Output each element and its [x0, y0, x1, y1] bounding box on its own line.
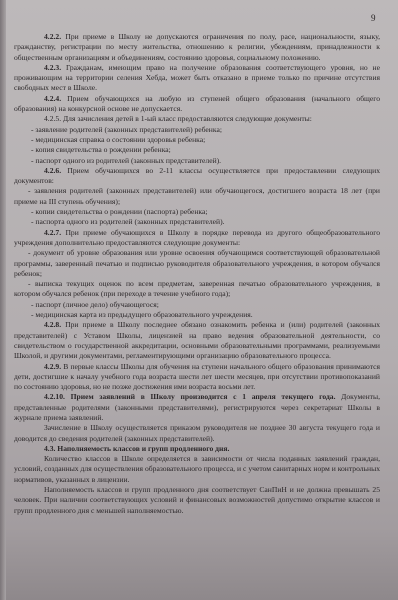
paragraph-class-count: Количество классов в Школе определяется … — [14, 454, 380, 485]
list-item: - паспорт (личное дело) обучающегося; — [14, 300, 380, 310]
paragraph-4-2-5: 4.2.5. Для зачисления детей в 1-ый класс… — [14, 114, 380, 124]
paragraph-4-2-9: 4.2.9. В первые классы Школы для обучени… — [14, 362, 380, 393]
list-item: - копия свидетельства о рождении ребенка… — [14, 145, 380, 155]
paragraph-4-2-3: 4.2.3. Гражданам, имеющим право на получ… — [14, 63, 380, 94]
paragraph-class-size: Наполняемость классов и групп продленног… — [14, 485, 380, 516]
page-number: 9 — [371, 13, 376, 23]
list-item: - медицинская карта из предыдущего образ… — [14, 310, 380, 320]
list-item: - заявление родителей (законных представ… — [14, 125, 380, 135]
paragraph-enrollment: Зачисление в Школу осуществляется приказ… — [14, 423, 380, 444]
section-heading-4-3: 4.3. Наполняемость классов и групп продл… — [14, 444, 380, 454]
paragraph-4-2-10: 4.2.10. Прием заявлений в Школу производ… — [14, 392, 380, 423]
list-item: - копии свидетельства о рождении (паспор… — [14, 207, 380, 217]
list-item: - паспорта одного из родителей (законных… — [14, 217, 380, 227]
list-item: - выписка текущих оценок по всем предмет… — [14, 279, 380, 300]
list-item: - медицинская справка о состоянии здоров… — [14, 135, 380, 145]
paragraph-4-2-4: 4.2.4. Прием обучающихся на любую из сту… — [14, 94, 380, 115]
list-item: - документ об уровне образования или уро… — [14, 248, 380, 279]
list-item: - паспорт одного из родителей (законных … — [14, 156, 380, 166]
document-body: 4.2.2. При приеме в Школу не допускаются… — [14, 32, 380, 516]
paragraph-4-2-2: 4.2.2. При приеме в Школу не допускаются… — [14, 32, 380, 63]
paragraph-4-2-8: 4.2.8. При приеме в Школу последнее обяз… — [14, 320, 380, 361]
paragraph-4-2-6: 4.2.6. Прием обучающихся во 2-11 классы … — [14, 166, 380, 187]
paragraph-4-2-7: 4.2.7. При приеме обучающихся в Школу в … — [14, 228, 380, 249]
document-page: 9 4.2.2. При приеме в Школу не допускают… — [0, 0, 398, 600]
list-item: - заявления родителей (законных представ… — [14, 186, 380, 207]
page-edge — [0, 0, 6, 600]
